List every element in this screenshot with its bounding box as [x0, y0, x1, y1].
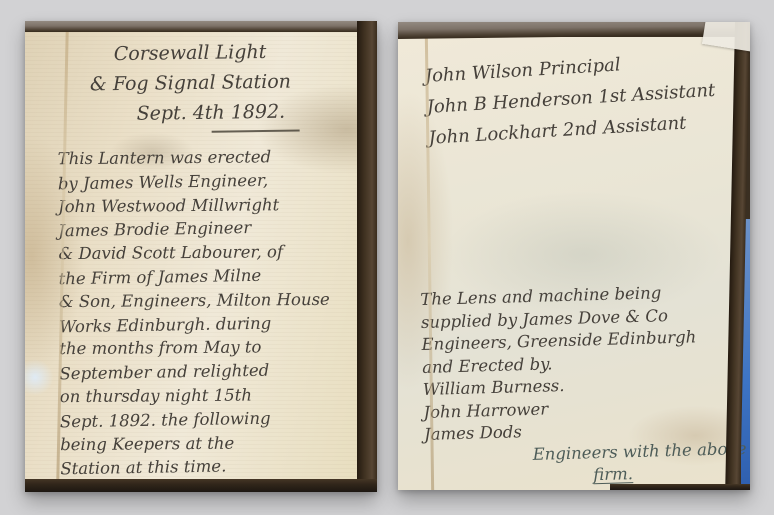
handwriting-line: & Fog Signal Station: [25, 66, 356, 101]
handwriting-line: & David Scott Labourer, of: [58, 240, 329, 266]
handwriting-line: Works Edinburgh. during: [59, 310, 330, 339]
handwriting-line: on thursday night 15th: [60, 383, 331, 409]
frame-bottom-edge: [25, 479, 377, 492]
handwriting-line: This Lantern was erected: [58, 145, 329, 171]
page-heading: Corsewall Light & Fog Signal Station Sep…: [25, 36, 357, 136]
handwriting-line: Sept. 1892. the following: [60, 405, 331, 434]
handwriting-line: Corsewall Light: [25, 36, 356, 71]
handwriting-line: & Son, Engineers, Milton House: [59, 288, 330, 314]
handwriting-line: Station at this time.: [60, 453, 331, 482]
ink-rule: [212, 129, 300, 132]
frame-right-edge: [357, 21, 377, 492]
manuscript-page-right: John Wilson Principal John B Henderson 1…: [398, 37, 736, 490]
handwriting-line: Engineers with the above: [532, 437, 746, 465]
left-page-photo: Corsewall Light & Fog Signal Station Sep…: [25, 21, 377, 492]
manuscript-page-left: Corsewall Light & Fog Signal Station Sep…: [25, 30, 360, 481]
handwriting-line: the Firm of James Milne: [59, 263, 330, 292]
page-body: This Lantern was erected by James Wells …: [58, 145, 332, 481]
lens-paragraph: The Lens and machine being supplied by J…: [420, 280, 747, 490]
keepers-list: John Wilson Principal John B Henderson 1…: [424, 44, 718, 154]
handwriting-line: James Brodie Engineer: [58, 215, 329, 244]
handwriting-line: September and relighted: [59, 358, 330, 387]
handwriting-line-date: Sept. 4th 1892.: [25, 96, 356, 131]
handwriting-line: by James Wells Engineer,: [58, 167, 329, 196]
photo-collage: Corsewall Light & Fog Signal Station Sep…: [0, 0, 774, 515]
frame-bottom-edge: [610, 484, 750, 490]
right-page-photo: John Wilson Principal John B Henderson 1…: [398, 22, 750, 490]
frame-top-edge: [25, 21, 377, 32]
